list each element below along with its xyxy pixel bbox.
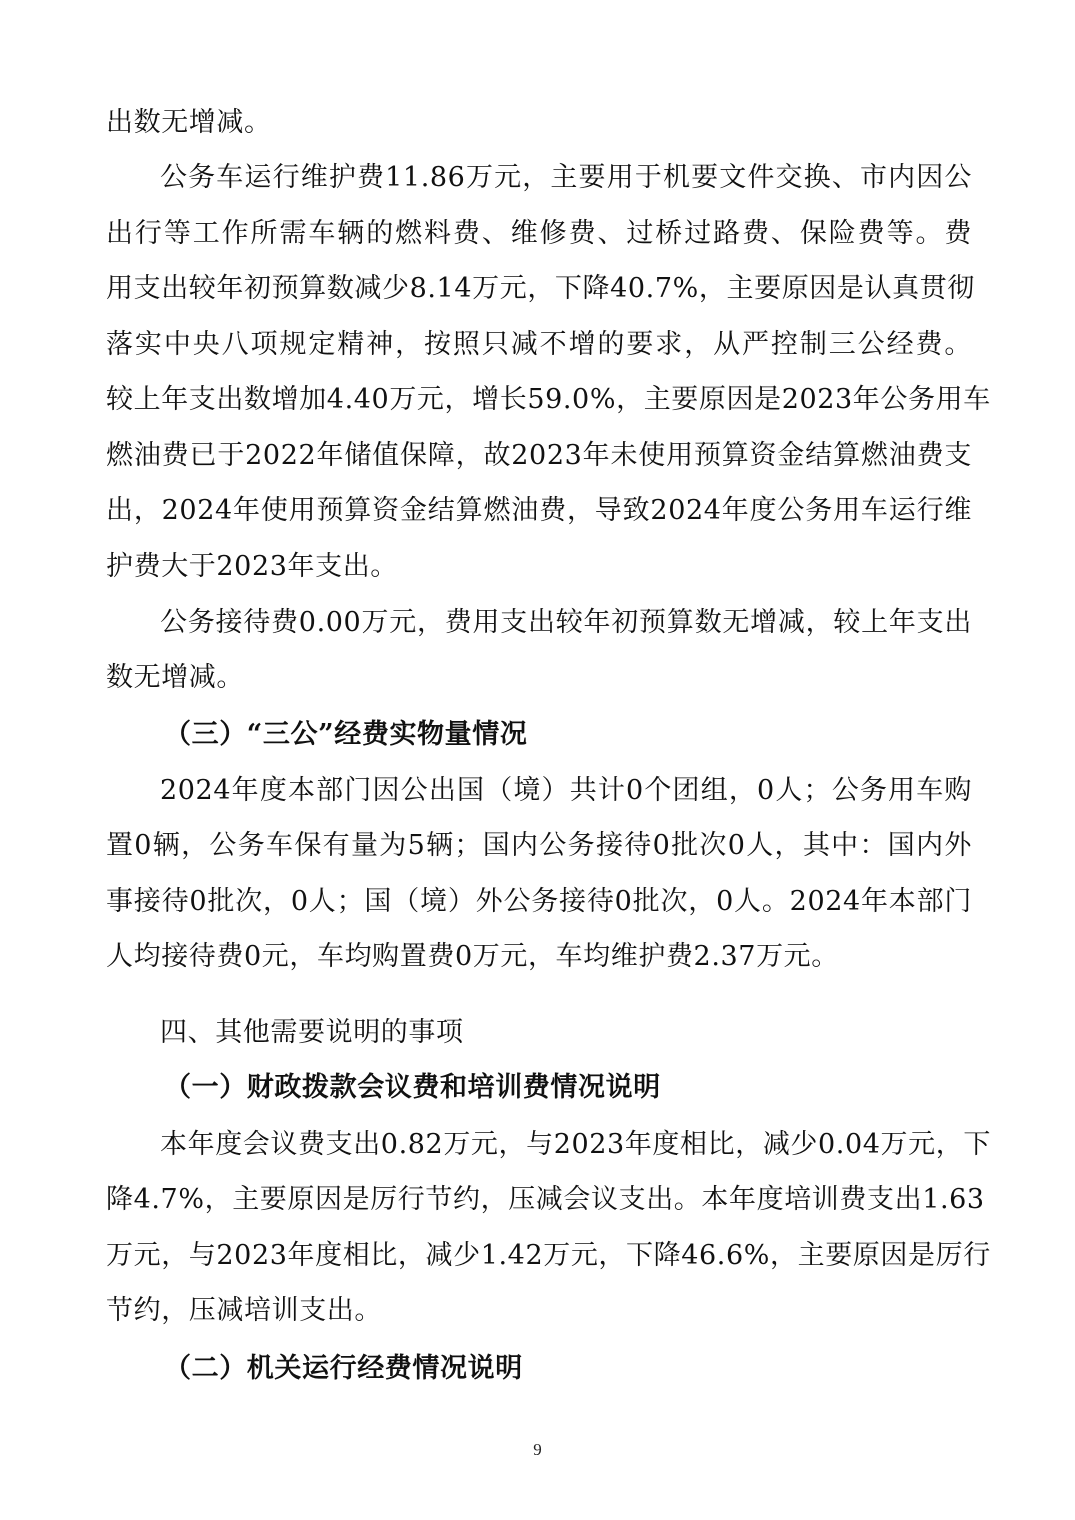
text-line: 万元，与2023年度相比，减少1.42万元，下降46.6%，主要原因是厉行 [106,1236,972,1276]
text-line: 用支出较年初预算数减少8.14万元，下降40.7%，主要原因是认真贯彻 [106,269,972,309]
text-line: 公务车运行维护费11.86万元，主要用于机要文件交换、市内因公 [106,158,972,198]
text-line: 护费大于2023年支出。 [106,547,398,587]
section-subheading: （三）“三公”经费实物量情况 [110,715,527,755]
text-line: 降4.7%，主要原因是厉行节约，压减会议支出。本年度培训费支出1.63 [106,1180,972,1220]
text-line: 2024年度本部门因公出国（境）共计0个团组，0人；公务用车购 [106,771,972,811]
text-line: 本年度会议费支出0.82万元，与2023年度相比，减少0.04万元，下 [106,1125,972,1165]
text-line: 数无增减。 [106,658,244,698]
text-line: 出行等工作所需车辆的燃料费、维修费、过桥过路费、保险费等。费 [106,214,972,254]
text-line: 落实中央八项规定精神，按照只减不增的要求，从严控制三公经费。 [106,325,972,365]
text-line: 出数无增减。 [106,103,272,143]
section-subheading: （一）财政拨款会议费和培训费情况说明 [110,1068,661,1108]
text-line: 公务接待费0.00万元，费用支出较年初预算数无增减，较上年支出 [106,603,972,643]
text-line: 节约，压减培训支出。 [106,1291,382,1331]
text-line: 人均接待费0元，车均购置费0万元，车均维护费2.37万元。 [106,937,839,977]
text-line: 出，2024年使用预算资金结算燃油费，导致2024年度公务用车运行维 [106,491,972,531]
section-subheading: （二）机关运行经费情况说明 [110,1349,523,1389]
page-number: 9 [0,1440,1075,1460]
text-line: 较上年支出数增加4.40万元，增长59.0%，主要原因是2023年公务用车 [106,380,972,420]
section-heading: 四、其他需要说明的事项 [106,1013,464,1053]
text-line: 燃油费已于2022年储值保障，故2023年未使用预算资金结算燃油费支 [106,436,972,476]
text-line: 置0辆，公务车保有量为5辆；国内公务接待0批次0人，其中：国内外 [106,826,972,866]
text-line: 事接待0批次，0人；国（境）外公务接待0批次，0人。2024年本部门 [106,882,972,922]
